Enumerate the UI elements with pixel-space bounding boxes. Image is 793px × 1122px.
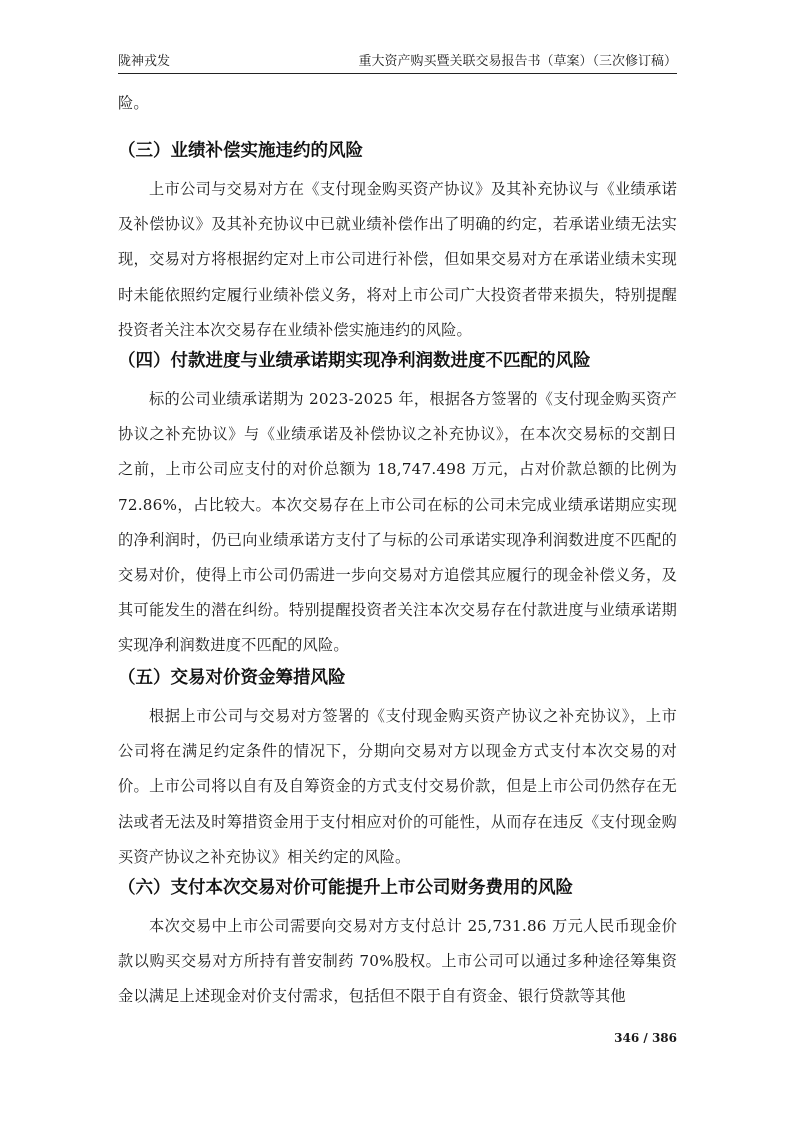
- section-body-4: 标的公司业绩承诺期为 2023-2025 年，根据各方签署的《支付现金购买资产协…: [118, 382, 677, 664]
- section-heading-6: （六）支付本次交易对价可能提升上市公司财务费用的风险: [118, 876, 573, 900]
- page-header: 陇神戎发 重大资产购买暨关联交易报告书（草案）（三次修订稿）: [118, 53, 677, 74]
- section-body-6: 本次交易中上市公司需要向交易对方支付总计 25,731.86 万元人民币现金价款…: [118, 909, 677, 1015]
- section-heading-3: （三）业绩补偿实施违约的风险: [118, 139, 363, 163]
- header-document-title: 重大资产购买暨关联交易报告书（草案）（三次修订稿）: [358, 53, 677, 71]
- section-body-3: 上市公司与交易对方在《支付现金购买资产协议》及其补充协议与《业绩承诺及补偿协议》…: [118, 172, 677, 348]
- page-number: 346 / 386: [614, 1031, 677, 1045]
- header-company: 陇神戎发: [118, 53, 170, 71]
- section-body-5: 根据上市公司与交易对方签署的《支付现金购买资产协议之补充协议》，上市公司将在满足…: [118, 699, 677, 875]
- section-heading-5: （五）交易对价资金筹措风险: [118, 666, 346, 690]
- continuation-text: 险。: [118, 86, 677, 121]
- section-heading-4: （四）付款进度与业绩承诺期实现净利润数进度不匹配的风险: [118, 349, 591, 373]
